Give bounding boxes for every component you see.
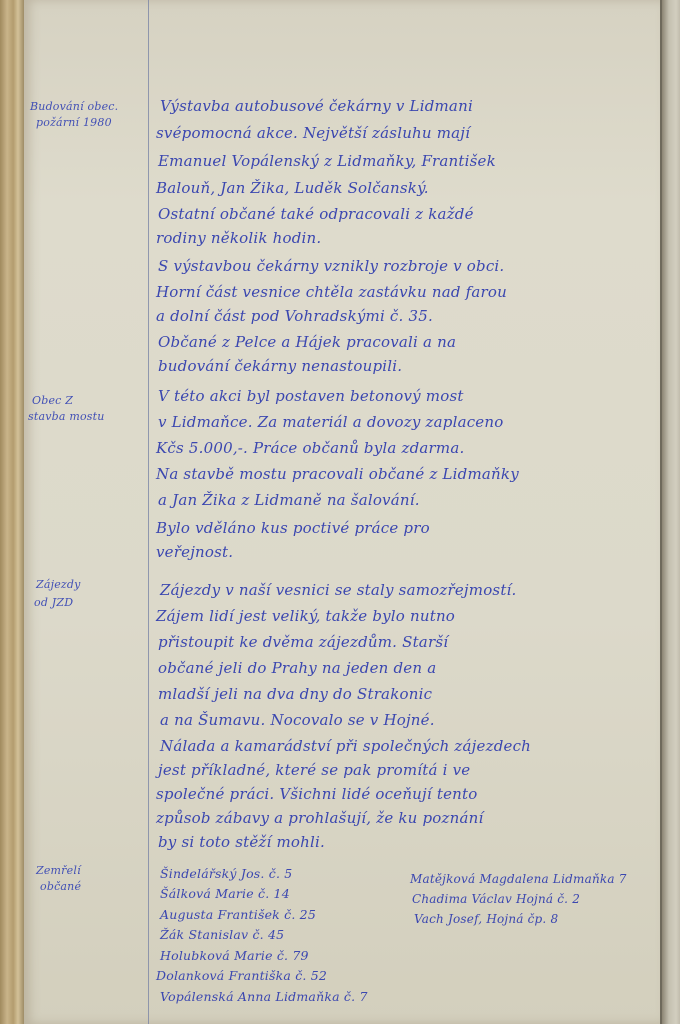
margin-label-line: stavba mostu: [28, 410, 105, 424]
text-line: Nálada a kamarádství při společných záje…: [160, 736, 531, 756]
margin-label-line: Obec Z: [32, 394, 73, 408]
text-line: přistoupit ke dvěma zájezdům. Starší: [158, 632, 448, 652]
text-line: veřejnost.: [156, 542, 233, 562]
margin-label-line: Zájezdy: [36, 578, 81, 592]
text-line: Horní část vesnice chtěla zastávku nad f…: [156, 282, 507, 302]
text-line: S výstavbou čekárny vznikly rozbroje v o…: [158, 256, 504, 276]
text-line: Ostatní občané také odpracovali z každé: [158, 204, 474, 224]
text-line: jest příkladné, které se pak promítá i v…: [158, 760, 470, 780]
text-line: Emanuel Vopálenský z Lidmaňky, František: [158, 151, 496, 171]
book-binding: [0, 0, 24, 1024]
deceased-entry: Vopálenská Anna Lidmaňka č. 7: [160, 987, 368, 1007]
deceased-entry: Holubková Marie č. 79: [160, 946, 309, 966]
deceased-entry: Šálková Marie č. 14: [160, 884, 290, 904]
text-line: mladší jeli na dva dny do Strakonic: [158, 684, 432, 704]
deceased-entry: Augusta František č. 25: [160, 905, 316, 925]
page-edge: [660, 0, 680, 1024]
text-line: Balouň, Jan Žika, Luděk Solčanský.: [156, 178, 429, 198]
deceased-entry: Žák Stanislav č. 45: [160, 925, 284, 945]
margin-label-line: Budování obec.: [30, 100, 118, 114]
text-line: rodiny několik hodin.: [156, 228, 321, 248]
margin-label-line: Zemřelí: [36, 864, 81, 878]
text-line: by si toto stěží mohli.: [158, 832, 325, 852]
deceased-entry: Dolanková Františka č. 52: [156, 966, 327, 986]
text-line: Bylo vděláno kus poctivé práce pro: [156, 518, 430, 538]
text-line: a na Šumavu. Nocovalo se v Hojné.: [160, 710, 435, 730]
text-line: v Lidmaňce. Za materiál a dovozy zaplace…: [158, 412, 503, 432]
margin-label-line: občané: [40, 880, 81, 894]
margin-label-line: od JZD: [34, 596, 73, 610]
text-line: Na stavbě mostu pracovali občané z Lidma…: [156, 464, 519, 484]
text-line: Kčs 5.000,-. Práce občanů byla zdarma.: [156, 438, 464, 458]
deceased-entry: Šindelářský Jos. č. 5: [160, 864, 292, 884]
text-line: Výstavba autobusové čekárny v Lidmani: [160, 96, 473, 116]
deceased-entry: Vach Josef, Hojná čp. 8: [414, 910, 558, 929]
text-line: budování čekárny nenastoupili.: [158, 356, 402, 376]
text-line: Občané z Pelce a Hájek pracovali a na: [158, 332, 456, 352]
deceased-entry: Matějková Magdalena Lidmaňka 7: [410, 870, 627, 889]
deceased-entry: Chadima Václav Hojná č. 2: [412, 890, 580, 909]
text-line: svépomocná akce. Největší zásluhu mají: [156, 123, 470, 143]
text-line: Zájem lidí jest veliký, takže bylo nutno: [156, 606, 455, 626]
text-line: občané jeli do Prahy na jeden den a: [158, 658, 436, 678]
text-line: způsob zábavy a prohlašují, že ku poznán…: [156, 808, 484, 828]
margin-label-line: požární 1980: [36, 116, 112, 130]
text-line: Zájezdy v naší vesnici se staly samozřej…: [160, 580, 517, 600]
margin-rule: [148, 0, 149, 1024]
text-line: a Jan Žika z Lidmaně na šalování.: [158, 490, 420, 510]
text-line: společné práci. Všichni lidé oceňují ten…: [156, 784, 478, 804]
text-line: a dolní část pod Vohradskými č. 35.: [156, 306, 433, 326]
text-line: V této akci byl postaven betonový most: [158, 386, 464, 406]
